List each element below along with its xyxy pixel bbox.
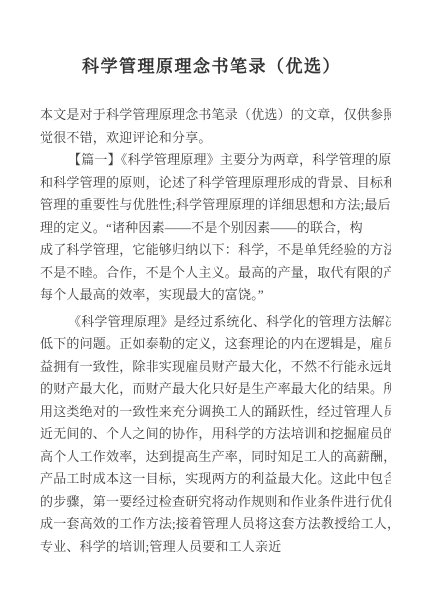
text-line: 高个人工作效率，达到提高生产率，同时知足工人的高薪酬，雇主的低 [40,446,391,469]
text-line: 成一套高效的工作方法;接着管理人员将这套方法教授给工人，对其进行 [40,513,391,536]
paragraph-intro: 本文是对于科学管理原理念书笔录（优选）的文章，仅供参照，假如感 觉很不错，欢迎评… [40,104,391,149]
text-line: 益拥有一致性，除非实现雇员财产最大化，不然不行能永远地实现雇主 [40,356,391,379]
document-title: 科学管理原理念书笔录（优选） [0,0,423,80]
paragraph-section-body-2: 成了科学管理，它能够归纳以下：科学，不是单凭经验的方法。协调， 不是不睦。合作，… [40,239,391,307]
text-line: 的财产最大化，而财产最大化只好是生产率最大化的结果。所以能够利 [40,378,391,401]
text-line: 理的定义。“诸种因素——不是个别因素——的联合，构 [40,217,391,240]
text-line: 不是不睦。合作，不是个人主义。最高的产量，取代有限的产量。发挥 [40,262,391,285]
text-line: 【篇一】《科学管理原理》主要分为两章，科学管理的原理 [40,149,391,172]
text-line: 用这类绝对的一致性来充分调换工人的踊跃性，经过管理人员和工人亲 [40,401,391,424]
text-line: 每个人最高的效率，实现最大的富饶。” [40,284,391,307]
paragraph-section-body-1: 和科学管理的原则，论述了科学管理原理形成的背景、目标和基础;科学 管理的重要性与… [40,172,391,240]
text-line: 低下的问题。正如泰勒的定义，这套理论的内在逻辑是，雇员和雇主利 [40,333,391,356]
paragraph-section-heading: 【篇一】《科学管理原理》主要分为两章，科学管理的原理 [40,149,391,172]
text-line: 专业、科学的培训;管理人员要和工人亲近 [40,536,391,559]
text-line: 管理的重要性与优胜性;科学管理原理的详细思想和方法;最后给出科学管 [40,194,391,217]
text-line: 近无间的、个人之间的协作，用科学的方法培训和挖掘雇员的技术来提 [40,423,391,446]
document-page: 科学管理原理念书笔录（优选） 本文是对于科学管理原理念书笔录（优选）的文章，仅供… [0,0,423,600]
text-line: 的步骤，第一要经过检查研究将动作规则和作业条件进行优化完美，形 [40,491,391,514]
text-line: 觉很不错，欢迎评论和分享。 [40,127,391,150]
text-line: 产品工时成本这一目标，实现两方的利益最大化。这此中包含三个重要 [40,468,391,491]
text-line: 和科学管理的原则，论述了科学管理原理形成的背景、目标和基础;科学 [40,172,391,195]
text-line: 本文是对于科学管理原理念书笔录（优选）的文章，仅供参照，假如感 [40,104,391,127]
paragraph-section-body-3: 《科学管理原理》是经过系统化、科学化的管理方法解决工作效率 低下的问题。正如泰勒… [40,311,391,559]
document-body: 本文是对于科学管理原理念书笔录（优选）的文章，仅供参照，假如感 觉很不错，欢迎评… [0,104,423,558]
text-line: 成了科学管理，它能够归纳以下：科学，不是单凭经验的方法。协调， [40,239,391,262]
text-line: 《科学管理原理》是经过系统化、科学化的管理方法解决工作效率 [40,311,391,334]
